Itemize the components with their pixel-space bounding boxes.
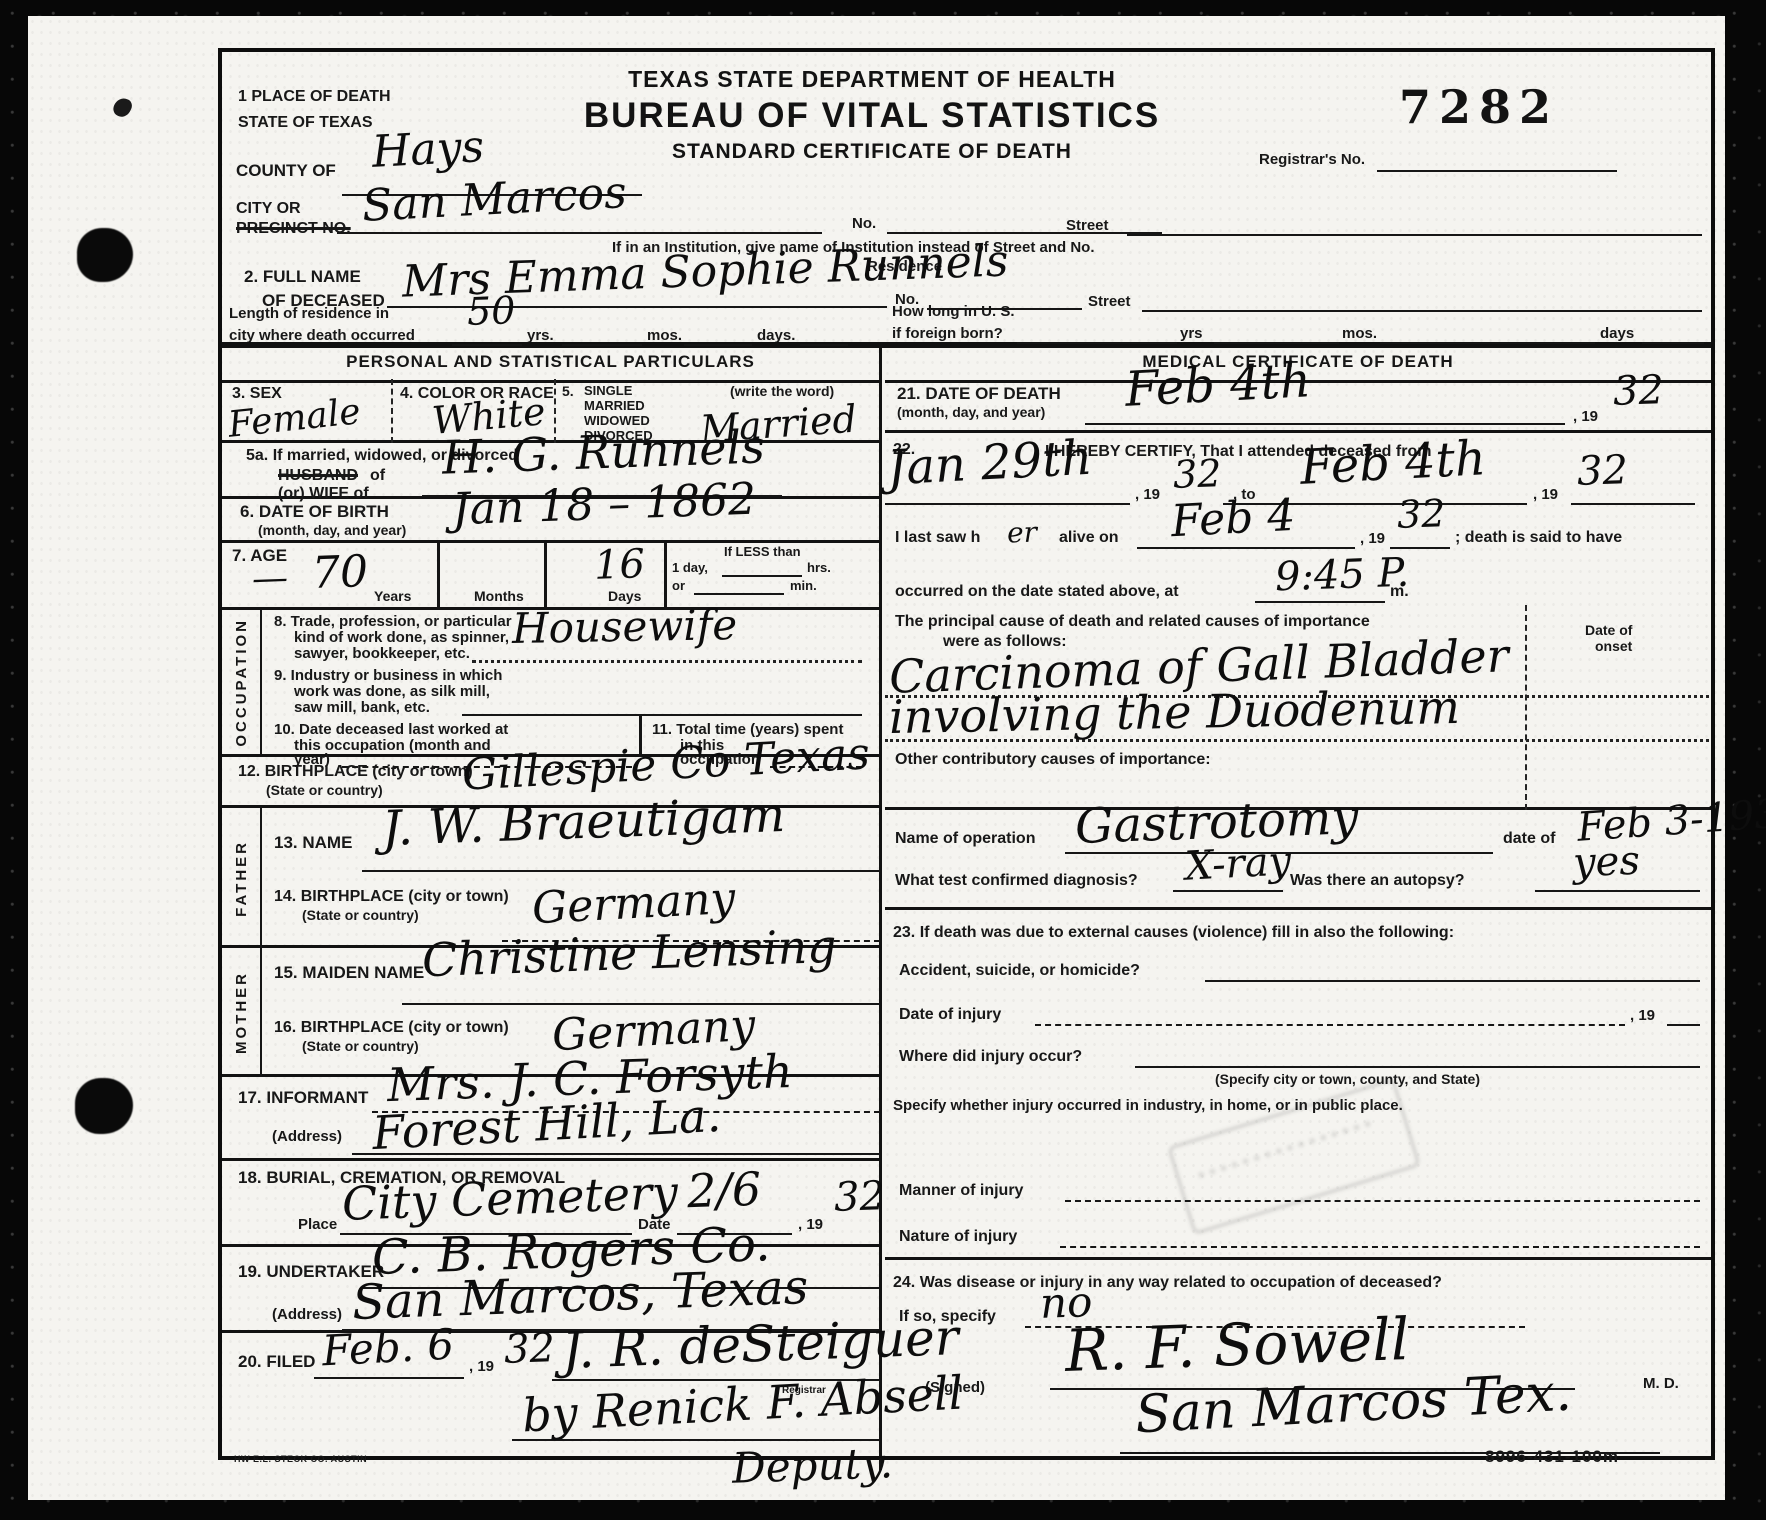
or-label: or — [672, 579, 685, 593]
department-title: TEXAS STATE DEPARTMENT OF HEALTH — [522, 66, 1222, 93]
columns: PERSONAL AND STATISTICAL PARTICULARS 3. … — [222, 342, 1711, 1470]
county-value-handwriting: Hays — [371, 125, 485, 175]
deputy-label-handwriting: Deputy. — [731, 1442, 893, 1490]
father-name-handwriting: J. W. Braeutigam — [381, 791, 786, 853]
burial-place-label: Place — [298, 1217, 337, 1234]
dod-year-handwriting: 32 — [1612, 370, 1664, 412]
years-label: Years — [374, 589, 411, 604]
blank-line — [1571, 503, 1695, 505]
blank-line — [1065, 1200, 1700, 1202]
blank-line — [684, 344, 752, 346]
blank-line — [337, 232, 822, 234]
registrar-signature-handwriting: J. R. deSteiguer — [561, 1312, 959, 1376]
mother-birthplace-sublabel: (State or country) — [302, 1039, 419, 1054]
county-label: COUNTY OF — [236, 162, 336, 181]
last-saw-date-handwriting: Feb 4 — [1170, 494, 1296, 544]
blank-line — [885, 503, 1130, 505]
father-side-strip: FATHER — [222, 808, 262, 948]
death-said-label: ; death is said to have — [1455, 529, 1622, 547]
dod-label: 21. DATE OF DEATH — [897, 385, 1061, 404]
length-residence-label1: Length of residence in — [229, 306, 389, 323]
blank-line — [1390, 547, 1450, 549]
burial-place-handwriting: City Cemetery — [341, 1169, 678, 1227]
punch-hole-bottom — [75, 1078, 133, 1134]
informant-address-label: (Address) — [272, 1129, 342, 1146]
principal-cause-label1: The principal cause of death and related… — [895, 613, 1370, 631]
undertaker-address-label: (Address) — [272, 1307, 342, 1324]
min-label: min. — [790, 579, 817, 593]
blank-line — [472, 660, 862, 663]
dob-value-handwriting: Jan 18 – 1862 — [451, 478, 756, 533]
blank-line — [1642, 342, 1704, 344]
dod-sublabel: (month, day, and year) — [897, 405, 1045, 420]
place-of-death-label: 1 PLACE OF DEATH — [238, 88, 391, 106]
attended-from-handwriting: Jan 29th — [886, 434, 1094, 493]
manner-injury-label: Manner of injury — [899, 1182, 1023, 1200]
days-label: days — [1600, 326, 1634, 343]
father-birthplace-label: 14. BIRTHPLACE (city or town) — [274, 888, 509, 906]
hrs-label: hrs. — [807, 561, 831, 575]
registrar-no-label: Registrar's No. — [1259, 152, 1365, 169]
where-injury-note: (Specify city or town, county, and State… — [1215, 1072, 1480, 1087]
street-label: Street — [1088, 294, 1131, 311]
how-long-us-label2: if foreign born? — [892, 326, 1003, 343]
occupation-side-strip: OCCUPATION — [222, 610, 262, 754]
length-years-handwriting: 50 — [466, 291, 516, 331]
state-of-texas-label: STATE OF TEXAS — [238, 114, 373, 132]
blank-line — [887, 232, 1162, 234]
father-birthplace-sublabel: (State or country) — [302, 908, 419, 923]
last-saw-post-label: alive on — [1059, 529, 1119, 547]
external-causes-block: 23. If death was due to external causes … — [885, 910, 1711, 1260]
mother-birthplace-label: 16. BIRTHPLACE (city or town) — [274, 1019, 509, 1037]
printed-19: , 19 — [1135, 487, 1160, 504]
cell-divider — [437, 543, 440, 610]
mother-name-handwriting: Christine Lensing — [421, 923, 837, 983]
form-title-block: TEXAS STATE DEPARTMENT OF HEALTH BUREAU … — [522, 66, 1222, 164]
marital-option-married: MARRIED — [584, 399, 645, 413]
blank-line — [1173, 890, 1283, 892]
md-label: M. D. — [1643, 1376, 1679, 1393]
precinct-no-label: PRECINCT NO. — [236, 220, 351, 238]
filed-year-handwriting: 32 — [503, 1328, 555, 1370]
blank-line — [1255, 601, 1385, 603]
blank-line — [1135, 1066, 1700, 1068]
date-of-birth-row: 6. DATE OF BIRTH (month, day, and year) … — [222, 499, 882, 543]
onset-label1: Date of — [1585, 623, 1632, 638]
ink-blot — [111, 95, 134, 119]
blank-line — [694, 593, 784, 595]
mother-name-label: 15. MAIDEN NAME — [274, 964, 424, 983]
bureau-title: BUREAU OF VITAL STATISTICS — [522, 96, 1222, 136]
last-saw-pre-label: I last saw h — [895, 529, 980, 547]
occupation-value-handwriting: Housewife — [512, 604, 738, 650]
operation-label: Name of operation — [895, 830, 1035, 848]
printed-19: , 19 — [1533, 487, 1558, 504]
printed-19: , 19 — [798, 1217, 823, 1234]
blank-line — [1137, 547, 1355, 549]
dob-sublabel: (month, day, and year) — [258, 523, 406, 538]
specify-injury-label: Specify whether injury occurred in indus… — [893, 1098, 1403, 1115]
cell-divider — [664, 543, 667, 610]
blank-line — [1035, 1024, 1625, 1026]
marital-number: 5. — [562, 384, 574, 399]
blank-line — [314, 1377, 464, 1379]
blank-line — [562, 344, 642, 346]
autopsy-label: Was there an autopsy? — [1290, 872, 1465, 890]
how-long-us-label1: How long in U. S. — [892, 304, 1015, 321]
burial-year-handwriting: 32 — [833, 1176, 885, 1218]
blank-line — [1120, 1452, 1660, 1454]
blank-line — [1127, 234, 1702, 236]
age-months-handwriting: — — [251, 560, 288, 597]
punch-hole-top — [77, 228, 133, 282]
blank-line — [387, 306, 887, 308]
mos-label: mos. — [1342, 326, 1377, 343]
form-code: 8996-431-100m — [1485, 1448, 1619, 1467]
attended-from-year-handwriting: 32 — [1172, 454, 1222, 494]
husband-label: HUSBAND — [278, 467, 358, 485]
attended-to-handwriting: Feb 4th — [1299, 434, 1487, 492]
blank-line — [1205, 980, 1700, 982]
blank-line — [1377, 170, 1617, 172]
item8-line3: sawyer, bookkeeper, etc. — [294, 646, 470, 663]
death-time-handwriting: 9:45 P. — [1274, 553, 1409, 598]
operation-block: Name of operation Gastrotomy date of Feb… — [885, 810, 1711, 910]
item24-label: 24. Was disease or injury in any way rel… — [893, 1274, 1442, 1292]
if-less-label2: 1 day, — [672, 561, 708, 575]
blank-line — [1142, 310, 1702, 312]
blank-line — [800, 344, 848, 346]
certify-block: 22. I HEREBY CERTIFY, That I attended de… — [885, 433, 1711, 810]
test-label: What test confirmed diagnosis? — [895, 872, 1138, 890]
fullname-label: 2. FULL NAME — [244, 268, 361, 287]
city-or-label: CITY OR — [236, 200, 301, 218]
blank-line — [927, 308, 1082, 310]
blank-line — [452, 344, 522, 346]
cell-divider — [544, 543, 547, 610]
operation-date-label: date of — [1503, 830, 1555, 848]
printed-19: , 19 — [1360, 531, 1385, 548]
printed-19: , 19 — [1630, 1008, 1655, 1025]
blank-line — [1214, 342, 1339, 344]
contributory-label: Other contributory causes of importance: — [895, 751, 1211, 769]
blank-line — [722, 575, 802, 577]
where-injury-label: Where did injury occur? — [899, 1048, 1082, 1066]
months-label: Months — [474, 589, 524, 604]
no-label: No. — [852, 216, 876, 233]
cause-line2-handwriting: involving the Duodenum — [889, 684, 1461, 740]
informant-row: 17. INFORMANT Mrs. J. C. Forsyth (Addres… — [222, 1077, 882, 1161]
occurred-label: occurred on the date stated above, at — [895, 583, 1179, 601]
last-saw-er-handwriting: er — [1007, 518, 1038, 547]
accident-label: Accident, suicide, or homicide? — [899, 962, 1140, 980]
blank-line — [1535, 890, 1700, 892]
injury-date-label: Date of injury — [899, 1006, 1001, 1024]
if-less-label1: If LESS than — [724, 545, 801, 559]
spouse-value-handwriting: H. G. Runnels — [441, 423, 765, 480]
physician-signature-handwriting: R. F. Sowell — [1064, 1310, 1410, 1380]
blank-line — [1017, 342, 1177, 344]
city-value-handwriting: San Marcos — [361, 171, 628, 229]
informant-label: 17. INFORMANT — [238, 1089, 368, 1108]
scanned-death-certificate: 1 PLACE OF DEATH STATE OF TEXAS TEXAS ST… — [0, 0, 1766, 1520]
printer-mark: HW E.L. STECK CO. AUSTIN — [234, 1455, 367, 1465]
age-days-handwriting: 16 — [593, 544, 645, 586]
medical-certificate-column: MEDICAL CERTIFICATE OF DEATH 21. DATE OF… — [885, 348, 1711, 1470]
marital-note: (write the word) — [730, 384, 834, 399]
left-section-title: PERSONAL AND STATISTICAL PARTICULARS — [222, 348, 879, 383]
personal-particulars-column: PERSONAL AND STATISTICAL PARTICULARS 3. … — [222, 348, 882, 1470]
occupation-relation-signature-block: 24. Was disease or injury in any way rel… — [885, 1260, 1711, 1470]
dod-value-handwriting: Feb 4th — [1124, 356, 1312, 414]
marital-option-single: SINGLE — [584, 384, 632, 398]
occupation-side-label: OCCUPATION — [233, 618, 250, 747]
printed-19: , 19 — [1573, 409, 1598, 426]
mother-side-label: MOTHER — [233, 971, 250, 1054]
certificate-title: STANDARD CERTIFICATE OF DEATH — [522, 140, 1222, 164]
date-of-onset-box: Date of onset — [1525, 605, 1711, 810]
blank-line — [1060, 1246, 1700, 1248]
dob-label: 6. DATE OF BIRTH — [240, 503, 389, 522]
father-name-row: 13. NAME J. W. Braeutigam — [222, 808, 882, 878]
husband-of-label: of — [370, 467, 385, 485]
item9-line3: saw mill, bank, etc. — [294, 700, 430, 717]
attended-to-year-handwriting: 32 — [1576, 450, 1628, 492]
father-side-label: FATHER — [233, 840, 250, 917]
blank-line — [462, 714, 862, 716]
mother-name-row: 15. MAIDEN NAME Christine Lensing — [222, 948, 882, 1011]
last-saw-year-handwriting: 32 — [1396, 494, 1446, 534]
cell-divider — [391, 379, 393, 443]
blank-line — [1667, 1024, 1700, 1026]
nature-injury-label: Nature of injury — [899, 1228, 1017, 1246]
birthplace-sublabel: (State or country) — [266, 783, 383, 798]
blank-line — [362, 870, 880, 872]
certificate-number: 7282 — [1399, 80, 1559, 134]
certificate-page: 1 PLACE OF DEATH STATE OF TEXAS TEXAS ST… — [28, 16, 1725, 1500]
father-name-label: 13. NAME — [274, 834, 352, 853]
age-row: 7. AGE 70 Years — Months 16 Days If LESS… — [222, 543, 882, 610]
autopsy-value-handwriting: yes — [1572, 841, 1640, 883]
certificate-form: 1 PLACE OF DEATH STATE OF TEXAS TEXAS ST… — [218, 48, 1715, 1460]
yrs-label: yrs — [1180, 326, 1203, 343]
filed-date-handwriting: Feb. 6 — [321, 1324, 455, 1373]
mother-side-strip: MOTHER — [222, 948, 262, 1077]
printed-19: , 19 — [469, 1359, 494, 1376]
burial-date-handwriting: 2/6 — [686, 1166, 762, 1215]
test-value-handwriting: X-ray — [1184, 841, 1292, 887]
blank-line — [1085, 423, 1565, 425]
item23-label: 23. If death was due to external causes … — [893, 924, 1454, 942]
onset-label2: onset — [1595, 639, 1632, 654]
blank-line — [1380, 342, 1595, 344]
age-years-handwriting: 70 — [311, 550, 369, 596]
date-of-death-row: 21. DATE OF DEATH (month, day, and year)… — [885, 379, 1711, 433]
filed-label: 20. FILED — [238, 1353, 315, 1372]
filed-row: 20. FILED Feb. 6 , 19 32 J. R. deSteigue… — [222, 1333, 882, 1470]
